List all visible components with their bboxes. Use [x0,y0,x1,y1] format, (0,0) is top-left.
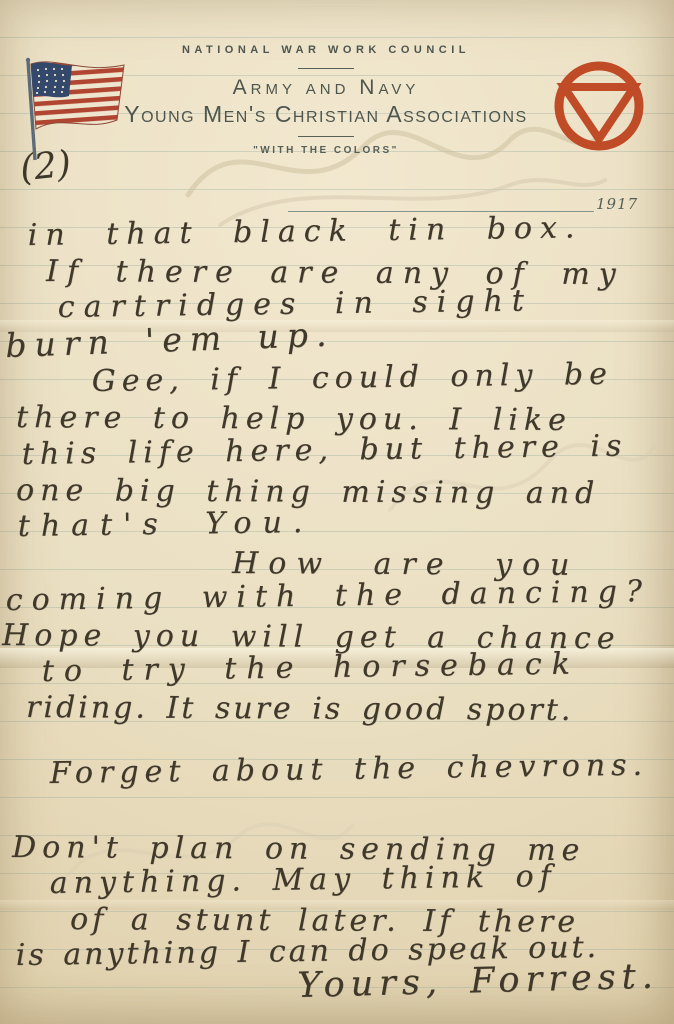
handwritten-line-11: coming with the dancing? [6,574,652,618]
handwritten-line-9: that's You. [18,505,314,544]
handwritten-line-5: Gee, if I could only be [92,357,614,399]
handwritten-signature: Yours, Forrest. [297,957,659,1006]
handwritten-line-17: anything. May think of [50,859,557,901]
handwritten-line-14: riding. It sure is good sport. [26,690,573,728]
handwritten-page-number: (2) [18,143,73,189]
handwritten-line-13: to try the horseback [42,646,581,689]
handwritten-line-15: Forget about the chevrons. [50,748,649,791]
divider-rule [298,136,354,137]
divider-rule [298,68,354,69]
letter-page: NATIONAL WAR WORK COUNCIL Army and Navy … [0,0,674,1024]
printed-year: 1917 [596,195,638,213]
handwritten-line-1: in that black tin box. [28,210,583,253]
handwritten-line-7: this life here, but there is [22,429,628,472]
handwritten-line-4: burn 'em up. [5,315,335,365]
ymca-triangle-emblem-icon [550,58,648,156]
council-line: NATIONAL WAR WORK COUNCIL [0,44,652,56]
